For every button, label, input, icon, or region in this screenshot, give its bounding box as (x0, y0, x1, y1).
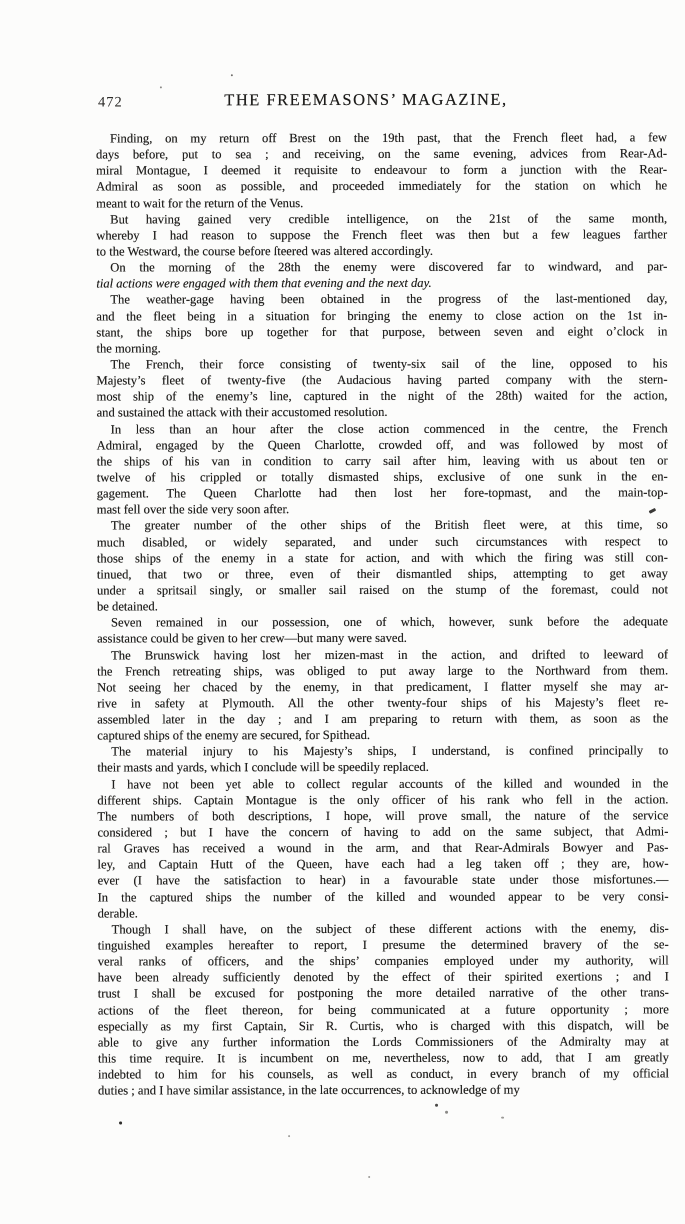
text-line: and sustained the attack with their accu… (97, 404, 668, 421)
text-line: Admiral as soon as possible, and proceed… (96, 178, 667, 195)
page-title: THE FREEMASONS’ MAGAZINE, (128, 89, 604, 110)
text-line: different ships. Captain Montague is the… (97, 791, 668, 808)
text-line: tial actions were engaged with them that… (96, 275, 667, 292)
paragraph: The French, their force consisting of tw… (96, 355, 667, 421)
page-content: 472 THE FREEMASONS’ MAGAZINE, Finding, o… (0, 0, 685, 1224)
text-line: days before, put to sea ; and receiving,… (96, 145, 667, 162)
text-line: veral ranks of officers, and the ships’ … (98, 952, 669, 969)
text-line: ever (I have the satisfaction to hear) i… (98, 872, 669, 889)
scan-speck (231, 74, 233, 76)
text-line: Finding, on my return off Brest on the 1… (96, 129, 667, 146)
text-line: considered ; but I have the concern of h… (97, 823, 668, 840)
text-line: The greater number of the other ships of… (97, 517, 668, 534)
text-line: most ship of the enemy’s line, captured … (97, 388, 668, 405)
page-body: Finding, on my return off Brest on the 1… (96, 129, 669, 1099)
text-line: In less than an hour after the close act… (97, 420, 668, 437)
text-line: ley, and Captain Hutt of the Queen, have… (98, 856, 669, 873)
paragraph: Seven remained in our possession, one of… (97, 614, 668, 647)
text-line: Admiral, engaged by the Queen Charlotte,… (97, 436, 668, 453)
text-line: On the morning of the 28th the enemy wer… (96, 258, 667, 275)
text-line: ral Graves has received a wound in the a… (97, 840, 668, 857)
text-line: Though I shall have, on the subject of t… (98, 920, 669, 937)
text-line: under a spritsail singly, or smaller sai… (97, 581, 668, 598)
text-line: Seven remained in our possession, one of… (97, 614, 668, 631)
text-line: The material injury to his Majesty’s shi… (97, 743, 668, 760)
text-line: the ships of his van in condition to car… (97, 452, 668, 469)
scan-speck (368, 1176, 370, 1178)
scan-speck (501, 1117, 504, 1119)
text-line: rive in safety at Plymouth. All the othe… (97, 694, 668, 711)
text-line: those ships of the enemy in a state for … (97, 549, 668, 566)
text-line: duties ; and I have similar assistance, … (98, 1082, 669, 1099)
text-line: tinguished examples hereafter to report,… (98, 936, 669, 953)
text-line: captured ships of the enemy are secured,… (97, 727, 668, 744)
text-line: whereby I had reason to suppose the Fren… (96, 226, 667, 243)
text-line: their masts and yards, which I conclude … (97, 759, 668, 776)
paragraph: The material injury to his Majesty’s shi… (97, 743, 668, 776)
text-line: tinued, that two or three, even of their… (97, 565, 668, 582)
paragraph: But having gained very credible intellig… (96, 210, 667, 260)
page-number: 472 (98, 94, 123, 111)
paragraph: I have not been yet able to collect regu… (97, 775, 668, 921)
text-line: be detained. (97, 597, 668, 614)
text-line: actions of the fleet thereon, for being … (98, 1001, 669, 1018)
text-line: trust I shall be excused for postponing … (98, 985, 669, 1002)
text-line: and the fleet being in a situation for b… (96, 307, 667, 324)
paragraph: The greater number of the other ships of… (97, 517, 668, 615)
text-line: The Brunswick having lost her mizen-mast… (97, 646, 668, 663)
text-line: The numbers of both descriptions, I hope… (97, 807, 668, 824)
text-line: indebted to him for his counsels, as wel… (98, 1065, 669, 1082)
text-line: In the captured ships the number of the … (98, 888, 669, 905)
page-header: 472 THE FREEMASONS’ MAGAZINE, (98, 89, 664, 114)
paragraph: The Brunswick having lost her mizen-mast… (97, 646, 668, 744)
text-line: able to give any further information the… (98, 1033, 669, 1050)
scan-speck (435, 1104, 438, 1107)
text-line: to the Westward, the course before ſteer… (96, 242, 667, 259)
scan-speck (288, 1135, 290, 1137)
text-line: I have not been yet able to collect regu… (97, 775, 668, 792)
paragraph: Though I shall have, on the subject of t… (98, 920, 669, 1099)
text-line: Not seeing her chaced by the enemy, in t… (97, 678, 668, 695)
scan-speck (445, 1111, 448, 1114)
text-line: mast fell over the side very soon after. (97, 501, 668, 518)
text-line: meant to wait for the return of the Venu… (96, 194, 667, 211)
text-line: derable. (98, 904, 669, 921)
text-line: assembled later in the day ; and I am pr… (97, 710, 668, 727)
text-line: gagement. The Queen Charlotte had then l… (97, 484, 668, 501)
text-line: assistance could be given to her crew—bu… (97, 630, 668, 647)
text-line: much disabled, or widely separated, and … (97, 533, 668, 550)
text-line: this time require. It is incumbent on me… (98, 1049, 669, 1066)
scan-speck (119, 1121, 122, 1124)
text-line: But having gained very credible intellig… (96, 210, 667, 227)
text-line: Majesty’s fleet of twenty-five (the Auda… (96, 371, 667, 388)
paragraph: In less than an hour after the close act… (97, 420, 668, 518)
text-line: the morning. (96, 339, 667, 356)
scan-speck (160, 86, 162, 88)
paragraph: Finding, on my return off Brest on the 1… (96, 129, 667, 211)
paragraph: On the morning of the 28th the enemy wer… (96, 258, 667, 291)
text-line: have been already sufficiently denoted b… (98, 969, 669, 986)
text-line: The weather-gage having been obtained in… (96, 291, 667, 308)
text-line: especially as my first Captain, Sir R. C… (98, 1017, 669, 1034)
text-line: stant, the ships bore up together for th… (96, 323, 667, 340)
text-line: The French, their force consisting of tw… (96, 355, 667, 372)
text-line: twelve of his crippled or totally dismas… (97, 468, 668, 485)
magazine-page: 472 THE FREEMASONS’ MAGAZINE, Finding, o… (0, 0, 685, 1224)
text-line: miral Montague, I deemed it requisite to… (96, 162, 667, 179)
paragraph: The weather-gage having been obtained in… (96, 291, 667, 357)
text-line: the French retreating ships, was obliged… (97, 662, 668, 679)
